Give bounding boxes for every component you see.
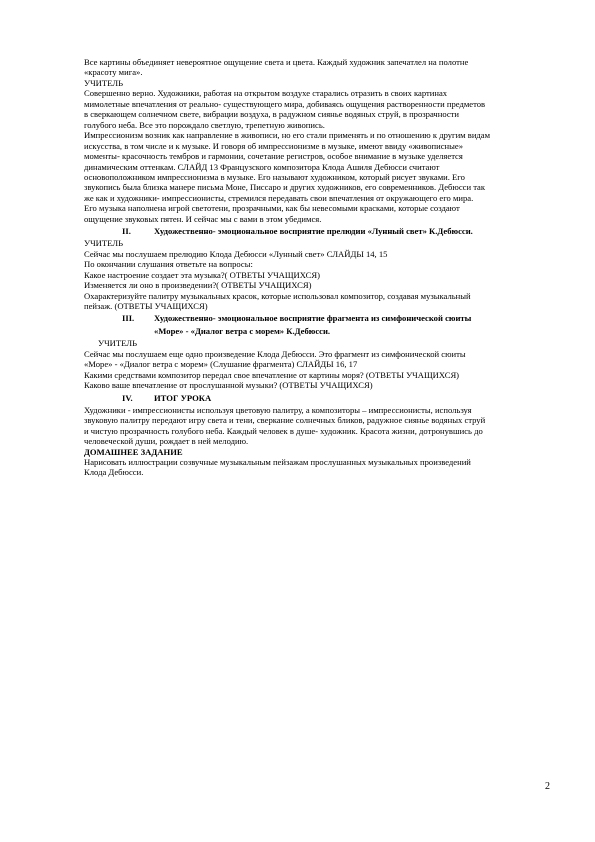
section-heading-2: II. Художественно- эмоциональное восприя… [84, 225, 544, 237]
text-line: Сейчас мы послушаем еще одно произведени… [84, 349, 544, 359]
text-line: в сверкающем солнечном свете, вибрации в… [84, 109, 544, 119]
text-line: ощущение звуковых пятен. И сейчас мы с в… [84, 214, 544, 224]
text-line: основоположником импрессионизма в музыке… [84, 172, 544, 182]
section-title: Художественно- эмоциональное восприятие … [154, 312, 544, 324]
text-line: динамическим оттенкам. СЛАЙД 13 Французс… [84, 162, 544, 172]
section-number: II. [84, 225, 154, 237]
text-line: По окончании слушания ответьте на вопрос… [84, 259, 544, 269]
text-line: Какими средствами композитор передал сво… [84, 370, 544, 380]
section-heading-4: IV. ИТОГ УРОКА [84, 392, 544, 404]
section-number: III. [84, 312, 154, 324]
document-page: Все картины объединяет невероятное ощуще… [84, 57, 544, 478]
text-line: Его музыка наполнена игрой светотени, пр… [84, 203, 544, 213]
text-line: же как и художники- импрессионисты, стре… [84, 193, 544, 203]
text-line: Импрессионизм возник как направление в ж… [84, 130, 544, 140]
text-line: Художники - импрессионисты используя цве… [84, 405, 544, 415]
speaker-label: УЧИТЕЛЬ [84, 78, 544, 88]
section-heading-3: III. Художественно- эмоциональное воспри… [84, 312, 544, 324]
section-title: ИТОГ УРОКА [154, 392, 544, 404]
homework-heading: ДОМАШНЕЕ ЗАДАНИЕ [84, 447, 544, 457]
text-line: и чистую прозрачность голубого неба. Каж… [84, 426, 544, 436]
text-line: звукопись была близка манере письма Моне… [84, 182, 544, 192]
section-subtitle: «Море» - «Диалог ветра с морем» К.Дебюсс… [84, 325, 544, 338]
text-line: Все картины объединяет невероятное ощуще… [84, 57, 544, 67]
speaker-label: УЧИТЕЛЬ [84, 338, 544, 348]
text-line: Клода Дебюсси. [84, 467, 544, 477]
text-line: моменты- красочность тембров и гармонии,… [84, 151, 544, 161]
section-number: IV. [84, 392, 154, 404]
section-title: Художественно- эмоциональное восприятие … [154, 225, 544, 237]
text-line: голубого неба. Все это порождало светлую… [84, 120, 544, 130]
text-line: «Море» - «Диалог ветра с морем» (Слушани… [84, 359, 544, 369]
text-line: звуковую палитру передают игру света и т… [84, 415, 544, 425]
speaker-label: УЧИТЕЛЬ [84, 238, 544, 248]
text-line: Изменяется ли оно в произведении?( ОТВЕТ… [84, 280, 544, 290]
text-line: искусства, в том числе и к музыке. И гов… [84, 141, 544, 151]
text-line: Какое настроение создает эта музыка?( ОТ… [84, 270, 544, 280]
text-line: Охарактеризуйте палитру музыкальных крас… [84, 291, 544, 301]
text-line: мимолетные впечатления от реально- сущес… [84, 99, 544, 109]
text-line: «красоту мига». [84, 67, 544, 77]
text-line: Нарисовать иллюстрации созвучные музыкал… [84, 457, 544, 467]
page-number: 2 [545, 781, 550, 792]
text-line: Каково ваше впечатление от прослушанной … [84, 380, 544, 390]
text-line: пейзаж. (ОТВЕТЫ УЧАЩИХСЯ) [84, 301, 544, 311]
text-line: Совершенно верно. Художники, работая на … [84, 88, 544, 98]
text-line: Сейчас мы послушаем прелюдию Клода Дебюс… [84, 249, 544, 259]
text-line: человеческой души, рождает в ней мелодию… [84, 436, 544, 446]
